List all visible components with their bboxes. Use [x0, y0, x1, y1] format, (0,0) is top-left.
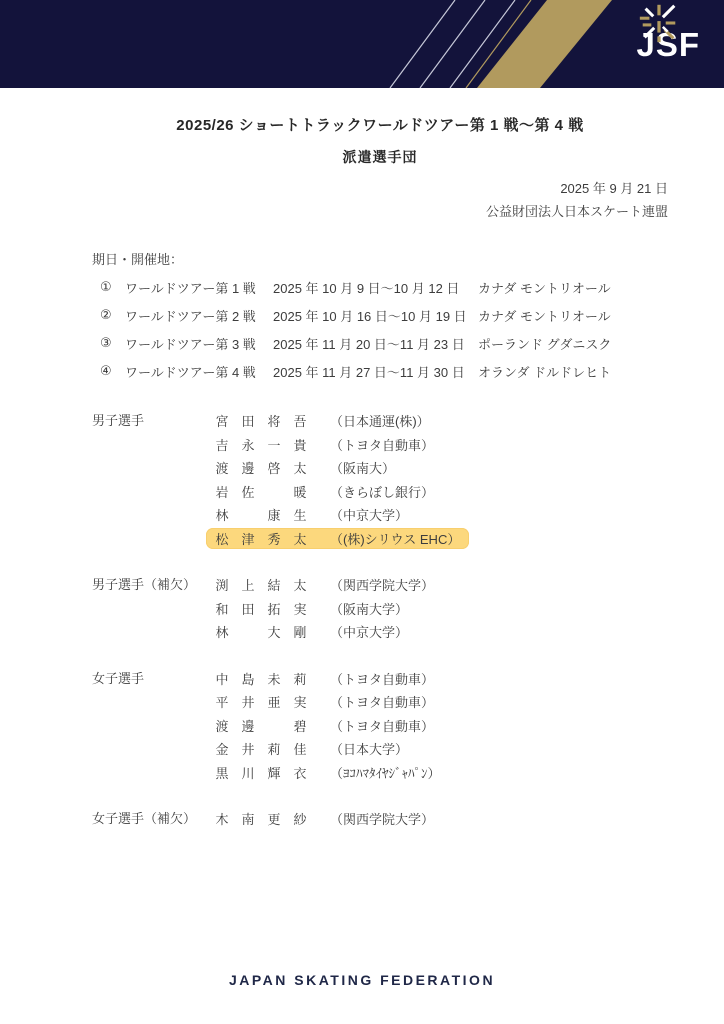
- schedule-row: ③ワールドツアー第 3 戦2025 年 11 月 20 日～11 月 23 日ポ…: [100, 329, 668, 357]
- schedule-event-name: ワールドツアー第 1 戦: [125, 278, 273, 297]
- roster-rows: 中島未莉（トヨタ自動車）平井亜実（トヨタ自動車）渡邊碧（トヨタ自動車）金井莉佳（…: [215, 667, 441, 785]
- athlete-name-char: 平: [215, 692, 229, 711]
- athlete-name-char: 和: [215, 599, 229, 618]
- athlete-affiliation: （きらぼし銀行）: [330, 482, 434, 501]
- athlete-name-char: 啓: [267, 458, 281, 477]
- athlete-name: 平井亜実: [215, 692, 307, 711]
- athlete-name-char: 津: [241, 529, 255, 548]
- athlete-name-char: 未: [267, 669, 281, 688]
- schedule-dates: 2025 年 11 月 20 日～11 月 23 日: [273, 334, 478, 353]
- athlete-name-char: 井: [241, 692, 255, 711]
- athlete-name-char: 宮: [215, 411, 229, 430]
- schedule-dates: 2025 年 10 月 9 日～10 月 12 日: [273, 278, 478, 297]
- athlete-name: 渕上結太: [215, 575, 307, 594]
- document-body: 2025/26 ショートトラックワールドツアー第 1 戦～第 4 戦 派遣選手団…: [0, 114, 724, 831]
- athlete-name-char: 黒: [215, 763, 229, 782]
- jsf-logo: JSF: [636, 0, 700, 88]
- athlete-affiliation: （トヨタ自動車）: [330, 692, 434, 711]
- roster-rows: 渕上結太（関西学院大学）和田拓実（阪南大学）林大剛（中京大学）: [215, 573, 434, 644]
- athlete-name-char: [241, 505, 255, 524]
- athlete-name-char: 太: [293, 529, 307, 548]
- roster-section-label: 男子選手: [92, 409, 215, 433]
- schedule-row: ①ワールドツアー第 1 戦2025 年 10 月 9 日～10 月 12 日カナ…: [100, 273, 668, 301]
- footer-text: JAPAN SKATING FEDERATION: [0, 972, 724, 988]
- athlete-name-char: 太: [293, 575, 307, 594]
- athlete-name-char: 渡: [215, 716, 229, 735]
- athlete-name-char: 大: [267, 622, 281, 641]
- athlete-name-char: 川: [241, 763, 255, 782]
- athlete-name-char: 実: [293, 599, 307, 618]
- athlete-name-char: 渕: [215, 575, 229, 594]
- athlete-name-char: 実: [293, 692, 307, 711]
- athlete-affiliation: （(株)シリウス EHC）: [330, 529, 460, 548]
- schedule-event-name: ワールドツアー第 3 戦: [125, 334, 273, 353]
- athlete-affiliation: （日本通運(株)）: [330, 411, 430, 430]
- athlete-name-char: 亜: [267, 692, 281, 711]
- athlete-name-char: 貴: [293, 435, 307, 454]
- athlete-name-char: 結: [267, 575, 281, 594]
- athlete-name: 林大剛: [215, 622, 307, 641]
- athlete-name: 黒川輝衣: [215, 763, 307, 782]
- athlete-name-char: 一: [267, 435, 281, 454]
- athlete-name-char: 邊: [241, 716, 255, 735]
- athlete-name: 岩佐暖: [215, 482, 307, 501]
- athlete-name-char: 莉: [293, 669, 307, 688]
- document-page: JSF 2025/26 ショートトラックワールドツアー第 1 戦～第 4 戦 派…: [0, 0, 724, 1024]
- athlete-name-char: 暖: [293, 482, 307, 501]
- athlete-name-char: 上: [241, 575, 255, 594]
- athlete-row: 平井亜実（トヨタ自動車）: [215, 690, 441, 714]
- athlete-row-content: 木南更紗（関西学院大学）: [215, 809, 434, 828]
- athlete-row-content: 林大剛（中京大学）: [215, 622, 408, 641]
- athlete-name: 木南更紗: [215, 809, 307, 828]
- meta-block: 2025 年 9 月 21 日 公益財団法人日本スケート連盟: [92, 177, 668, 223]
- athlete-name-char: 林: [215, 505, 229, 524]
- schedule-row: ②ワールドツアー第 2 戦2025 年 10 月 16 日～10 月 19 日カ…: [100, 301, 668, 329]
- athlete-name-char: 莉: [267, 739, 281, 758]
- issue-date: 2025 年 9 月 21 日: [92, 177, 668, 200]
- schedule-row-number: ④: [100, 363, 125, 379]
- athlete-name: 中島未莉: [215, 669, 307, 688]
- athlete-affiliation: （関西学院大学）: [330, 575, 434, 594]
- athlete-name-char: 林: [215, 622, 229, 641]
- athlete-name-char: 金: [215, 739, 229, 758]
- athlete-affiliation: （関西学院大学）: [330, 809, 434, 828]
- schedule-row-number: ②: [100, 307, 125, 323]
- header-band: JSF: [0, 0, 724, 88]
- athlete-name-char: 田: [241, 411, 255, 430]
- roster-section: 女子選手中島未莉（トヨタ自動車）平井亜実（トヨタ自動車）渡邊碧（トヨタ自動車）金…: [92, 667, 668, 785]
- athlete-name-char: 剛: [293, 622, 307, 641]
- athlete-name-char: 佳: [293, 739, 307, 758]
- athlete-affiliation: （中京大学）: [330, 505, 408, 524]
- schedule-venue: カナダ モントリオール: [478, 306, 668, 325]
- athlete-affiliation: （トヨタ自動車）: [330, 716, 434, 735]
- athlete-row: 林大剛（中京大学）: [215, 620, 434, 644]
- athlete-name: 金井莉佳: [215, 739, 307, 758]
- athlete-name: 林康生: [215, 505, 307, 524]
- athlete-affiliation: （トヨタ自動車）: [330, 435, 434, 454]
- schedule-event-name: ワールドツアー第 4 戦: [125, 362, 273, 381]
- athlete-name-char: 秀: [267, 529, 281, 548]
- schedule-venue: カナダ モントリオール: [478, 278, 668, 297]
- athlete-name-char: 岩: [215, 482, 229, 501]
- athlete-name-char: 輝: [267, 763, 281, 782]
- athlete-row: 岩佐暖（きらぼし銀行）: [215, 480, 460, 504]
- athlete-affiliation: （日本大学）: [330, 739, 408, 758]
- roster-rows: 宮田将吾（日本通運(株)）吉永一貴（トヨタ自動車）渡邊啓太（阪南大）岩佐暖（きら…: [215, 409, 460, 550]
- athlete-name: 和田拓実: [215, 599, 307, 618]
- schedule-event-name: ワールドツアー第 2 戦: [125, 306, 273, 325]
- athlete-row: 渕上結太（関西学院大学）: [215, 573, 434, 597]
- athlete-name-char: 拓: [267, 599, 281, 618]
- athlete-name: 渡邊啓太: [215, 458, 307, 477]
- athlete-row-highlighted: 松津秀太（(株)シリウス EHC）: [206, 528, 469, 549]
- schedule-row-number: ③: [100, 335, 125, 351]
- schedule-list: ①ワールドツアー第 1 戦2025 年 10 月 9 日～10 月 12 日カナ…: [92, 273, 668, 385]
- jsf-starburst-icon: [636, 0, 682, 46]
- athlete-row-content: 和田拓実（阪南大学）: [215, 599, 408, 618]
- document-title: 2025/26 ショートトラックワールドツアー第 1 戦～第 4 戦: [92, 114, 668, 135]
- organization-name: 公益財団法人日本スケート連盟: [92, 200, 668, 223]
- athlete-row: 渡邊碧（トヨタ自動車）: [215, 714, 441, 738]
- athlete-name-char: 太: [293, 458, 307, 477]
- athlete-affiliation: （ﾖｺﾊﾏﾀｲﾔｼﾞｬﾊﾟﾝ）: [330, 763, 441, 782]
- athlete-name-char: 将: [267, 411, 281, 430]
- roster-section-label: 男子選手（補欠）: [92, 573, 215, 597]
- athlete-name-char: 島: [241, 669, 255, 688]
- schedule-heading: 期日・開催地：: [92, 247, 668, 273]
- athlete-name-char: 田: [241, 599, 255, 618]
- schedule-row-number: ①: [100, 279, 125, 295]
- athlete-affiliation: （中京大学）: [330, 622, 408, 641]
- athlete-name-char: 邊: [241, 458, 255, 477]
- athlete-name: 松津秀太: [215, 529, 307, 548]
- roster-section-label: 女子選手: [92, 667, 215, 691]
- athlete-row-content: 宮田将吾（日本通運(株)）: [215, 411, 430, 430]
- athlete-name-char: 井: [241, 739, 255, 758]
- athlete-name-char: [267, 482, 281, 501]
- athlete-name-char: 渡: [215, 458, 229, 477]
- athlete-name-char: 更: [267, 809, 281, 828]
- athlete-name-char: 佐: [241, 482, 255, 501]
- athlete-name-char: 吾: [293, 411, 307, 430]
- roster-section-label: 女子選手（補欠）: [92, 807, 215, 831]
- athlete-affiliation: （阪南大学）: [330, 599, 408, 618]
- athlete-name-char: 吉: [215, 435, 229, 454]
- athlete-row-content: 吉永一貴（トヨタ自動車）: [215, 435, 434, 454]
- athlete-name-char: 碧: [293, 716, 307, 735]
- athlete-row: 渡邊啓太（阪南大）: [215, 456, 460, 480]
- diagonal-stripes-decoration: [0, 0, 724, 88]
- athlete-row-content: 渡邊碧（トヨタ自動車）: [215, 716, 434, 735]
- roster-section: 男子選手（補欠）渕上結太（関西学院大学）和田拓実（阪南大学）林大剛（中京大学）: [92, 573, 668, 644]
- athlete-name-char: 紗: [293, 809, 307, 828]
- schedule-row: ④ワールドツアー第 4 戦2025 年 11 月 27 日～11 月 30 日オ…: [100, 357, 668, 385]
- athlete-name-char: [241, 622, 255, 641]
- document-subtitle: 派遣選手団: [92, 147, 668, 167]
- roster-section: 女子選手（補欠）木南更紗（関西学院大学）: [92, 807, 668, 831]
- athlete-row: 中島未莉（トヨタ自動車）: [215, 667, 441, 691]
- athlete-name-char: 康: [267, 505, 281, 524]
- athlete-row: 吉永一貴（トヨタ自動車）: [215, 433, 460, 457]
- athlete-name: 渡邊碧: [215, 716, 307, 735]
- schedule-venue: オランダ ドルドレヒト: [478, 362, 668, 381]
- athlete-affiliation: （阪南大）: [330, 458, 395, 477]
- athlete-row: 林康生（中京大学）: [215, 503, 460, 527]
- athlete-name: 宮田将吾: [215, 411, 307, 430]
- roster-rows: 木南更紗（関西学院大学）: [215, 807, 434, 831]
- athlete-row-content: 中島未莉（トヨタ自動車）: [215, 669, 434, 688]
- athlete-row-content: 林康生（中京大学）: [215, 505, 408, 524]
- roster-section: 男子選手宮田将吾（日本通運(株)）吉永一貴（トヨタ自動車）渡邊啓太（阪南大）岩佐…: [92, 409, 668, 550]
- roster-sections: 男子選手宮田将吾（日本通運(株)）吉永一貴（トヨタ自動車）渡邊啓太（阪南大）岩佐…: [92, 409, 668, 831]
- schedule-venue: ポーランド グダニスク: [478, 334, 668, 353]
- athlete-row: 金井莉佳（日本大学）: [215, 737, 441, 761]
- athlete-row-content: 岩佐暖（きらぼし銀行）: [215, 482, 434, 501]
- athlete-name-char: 中: [215, 669, 229, 688]
- athlete-row-content: 渡邊啓太（阪南大）: [215, 458, 395, 477]
- schedule-dates: 2025 年 10 月 16 日～10 月 19 日: [273, 306, 478, 325]
- athlete-name-char: [267, 716, 281, 735]
- athlete-row: 黒川輝衣（ﾖｺﾊﾏﾀｲﾔｼﾞｬﾊﾟﾝ）: [215, 761, 441, 785]
- athlete-row-content: 平井亜実（トヨタ自動車）: [215, 692, 434, 711]
- athlete-name-char: 南: [241, 809, 255, 828]
- athlete-row: 松津秀太（(株)シリウス EHC）: [215, 527, 460, 551]
- athlete-row-content: 金井莉佳（日本大学）: [215, 739, 408, 758]
- athlete-name-char: 生: [293, 505, 307, 524]
- athlete-row: 和田拓実（阪南大学）: [215, 597, 434, 621]
- athlete-affiliation: （トヨタ自動車）: [330, 669, 434, 688]
- athlete-row-content: 渕上結太（関西学院大学）: [215, 575, 434, 594]
- schedule-dates: 2025 年 11 月 27 日～11 月 30 日: [273, 362, 478, 381]
- athlete-name-char: 松: [215, 529, 229, 548]
- athlete-name-char: 永: [241, 435, 255, 454]
- athlete-row: 宮田将吾（日本通運(株)）: [215, 409, 460, 433]
- athlete-row-content: 黒川輝衣（ﾖｺﾊﾏﾀｲﾔｼﾞｬﾊﾟﾝ）: [215, 763, 441, 782]
- athlete-name-char: 衣: [293, 763, 307, 782]
- athlete-name-char: 木: [215, 809, 229, 828]
- athlete-row: 木南更紗（関西学院大学）: [215, 807, 434, 831]
- athlete-name: 吉永一貴: [215, 435, 307, 454]
